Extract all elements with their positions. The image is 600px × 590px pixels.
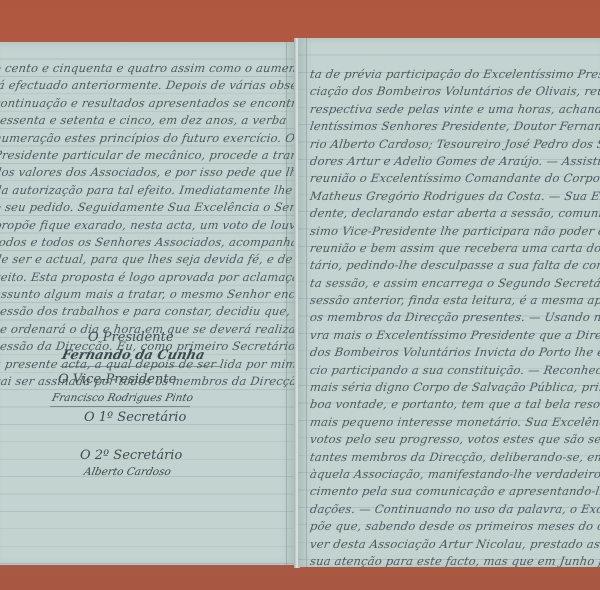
handwritten-line: da autorização para tal efeito. Imediata… [0,182,296,199]
signature-title-first-secretary: O 1º Secretário [84,410,186,425]
handwritten-line: põe que, sabendo desde os primeiros mese… [309,518,600,535]
handwritten-line: dores Artur e Adelio Gomes de Araújo. — … [309,153,600,170]
handwritten-line: respectiva sede pelas vinte e uma horas,… [309,101,600,118]
handwritten-line: sessenta e setenta e cinco, em dez anos,… [0,112,296,129]
handwritten-line: Matheus Gregório Rodrigues da Costa. — S… [309,188,600,205]
handwritten-line: cimento pela sua comunicação e apresenta… [309,483,600,500]
signature-vice-president: Francisco Rodrigues Pinto [51,392,195,404]
signature-president: Fernando da Cunha [60,348,206,363]
handwritten-line: dente, declarando estar aberta a sessão,… [309,205,600,222]
open-minutes-book: o cento e cinquenta e quatro assim como … [0,0,600,590]
handwritten-line: continuação e resultados apresentados se… [0,95,296,112]
handwritten-line: votos pelo seu progresso, votos estes qu… [309,431,600,448]
handwritten-line: reunião o Excelentíssimo Comandante do C… [309,170,600,187]
handwritten-line: de ser e actual, para que lhes seja devi… [0,251,296,268]
handwritten-line: simo Vice-Presidente lhe participara não… [309,223,600,240]
handwritten-line: sessão anterior, finda esta leitura, é a… [309,292,600,309]
handwritten-line: ta de prévia participação do Excelentíss… [309,66,600,83]
handwritten-line: rio Alberto Cardoso; Tesoureiro José Ped… [309,136,600,153]
handwritten-line: cio participando a sua constituição. — R… [309,362,600,379]
handwritten-line: tário, pedindo-lhe desculpasse a sua fal… [309,257,600,274]
handwritten-line: boa vontade, e portanto, tem que a tal b… [309,396,600,413]
handwritten-line: o seu pedido. Seguidamente Sua Excelênci… [0,199,296,216]
right-page: ta de prévia participação do Excelentíss… [298,38,600,567]
right-page-text: ta de prévia participação do Excelentíss… [310,66,600,567]
signature-title-second-secretary: O 2º Secretário [80,448,182,463]
signature-rule [50,406,190,407]
handwritten-line: ta sessão, e assim encarrega o Segundo S… [309,275,600,292]
handwritten-line: ciação dos Bombeiros Voluntários de Oliv… [309,83,600,100]
handwritten-line: sessão dos trabalhos e para constar, dec… [0,303,296,320]
handwritten-line: assunto algum mais a tratar, o mesmo Sen… [0,286,296,303]
signature-title-president: O Presidente [88,330,174,345]
handwritten-line: ver desta Associação Artur Nicolau, pres… [309,536,600,553]
handwritten-line: o cento e cinquenta e quatro assim como … [0,60,296,77]
handwritten-line: numeração estes princípios do futuro exe… [0,130,296,147]
handwritten-line: já efectuado anteriormente. Depois de vá… [0,77,296,94]
handwritten-line: propõe fique exarado, nesta acta, um vot… [0,217,296,234]
handwritten-line: sua atenção para este facto, mas que em … [309,553,600,567]
handwritten-line: vra mais o Excelentíssimo Presidente que… [309,327,600,344]
handwritten-line: reunião e bem assim que recebera uma car… [309,240,600,257]
handwritten-line: todos e todos os Senhores Associados, ac… [0,234,296,251]
handwritten-line: dações. — Continuando no uso da palavra,… [309,501,600,518]
handwritten-line: veito. Esta proposta é logo aprovada por… [0,269,296,286]
handwritten-line: os membros da Direcção presentes. — Usan… [309,309,600,326]
handwritten-line: dos valores dos Associados, e por isso p… [0,164,296,181]
right-page-margin-rule [306,38,307,567]
signature-rule [60,366,220,367]
handwritten-line: Presidente particular de mecânico, proce… [0,147,296,164]
left-page: o cento e cinquenta e quatro assim como … [0,42,296,565]
handwritten-line: dos Bombeiros Voluntários Invicta do Por… [309,344,600,361]
signature-title-vice-president: O Vice-Presidente [58,372,176,387]
signature-second-secretary: Alberto Cardoso [83,466,172,478]
handwritten-line: tantes membros da Direcção, deliberando-… [309,449,600,466]
handwritten-line: mais pequeno interesse monetário. Sua Ex… [309,414,600,431]
handwritten-line: àquela Associação, manifestando-lhe verd… [309,466,600,483]
handwritten-line: lentíssimos Senhores Presidente, Doutor … [309,118,600,135]
handwritten-line: mais séria digno Corpo de Salvação Públi… [309,379,600,396]
